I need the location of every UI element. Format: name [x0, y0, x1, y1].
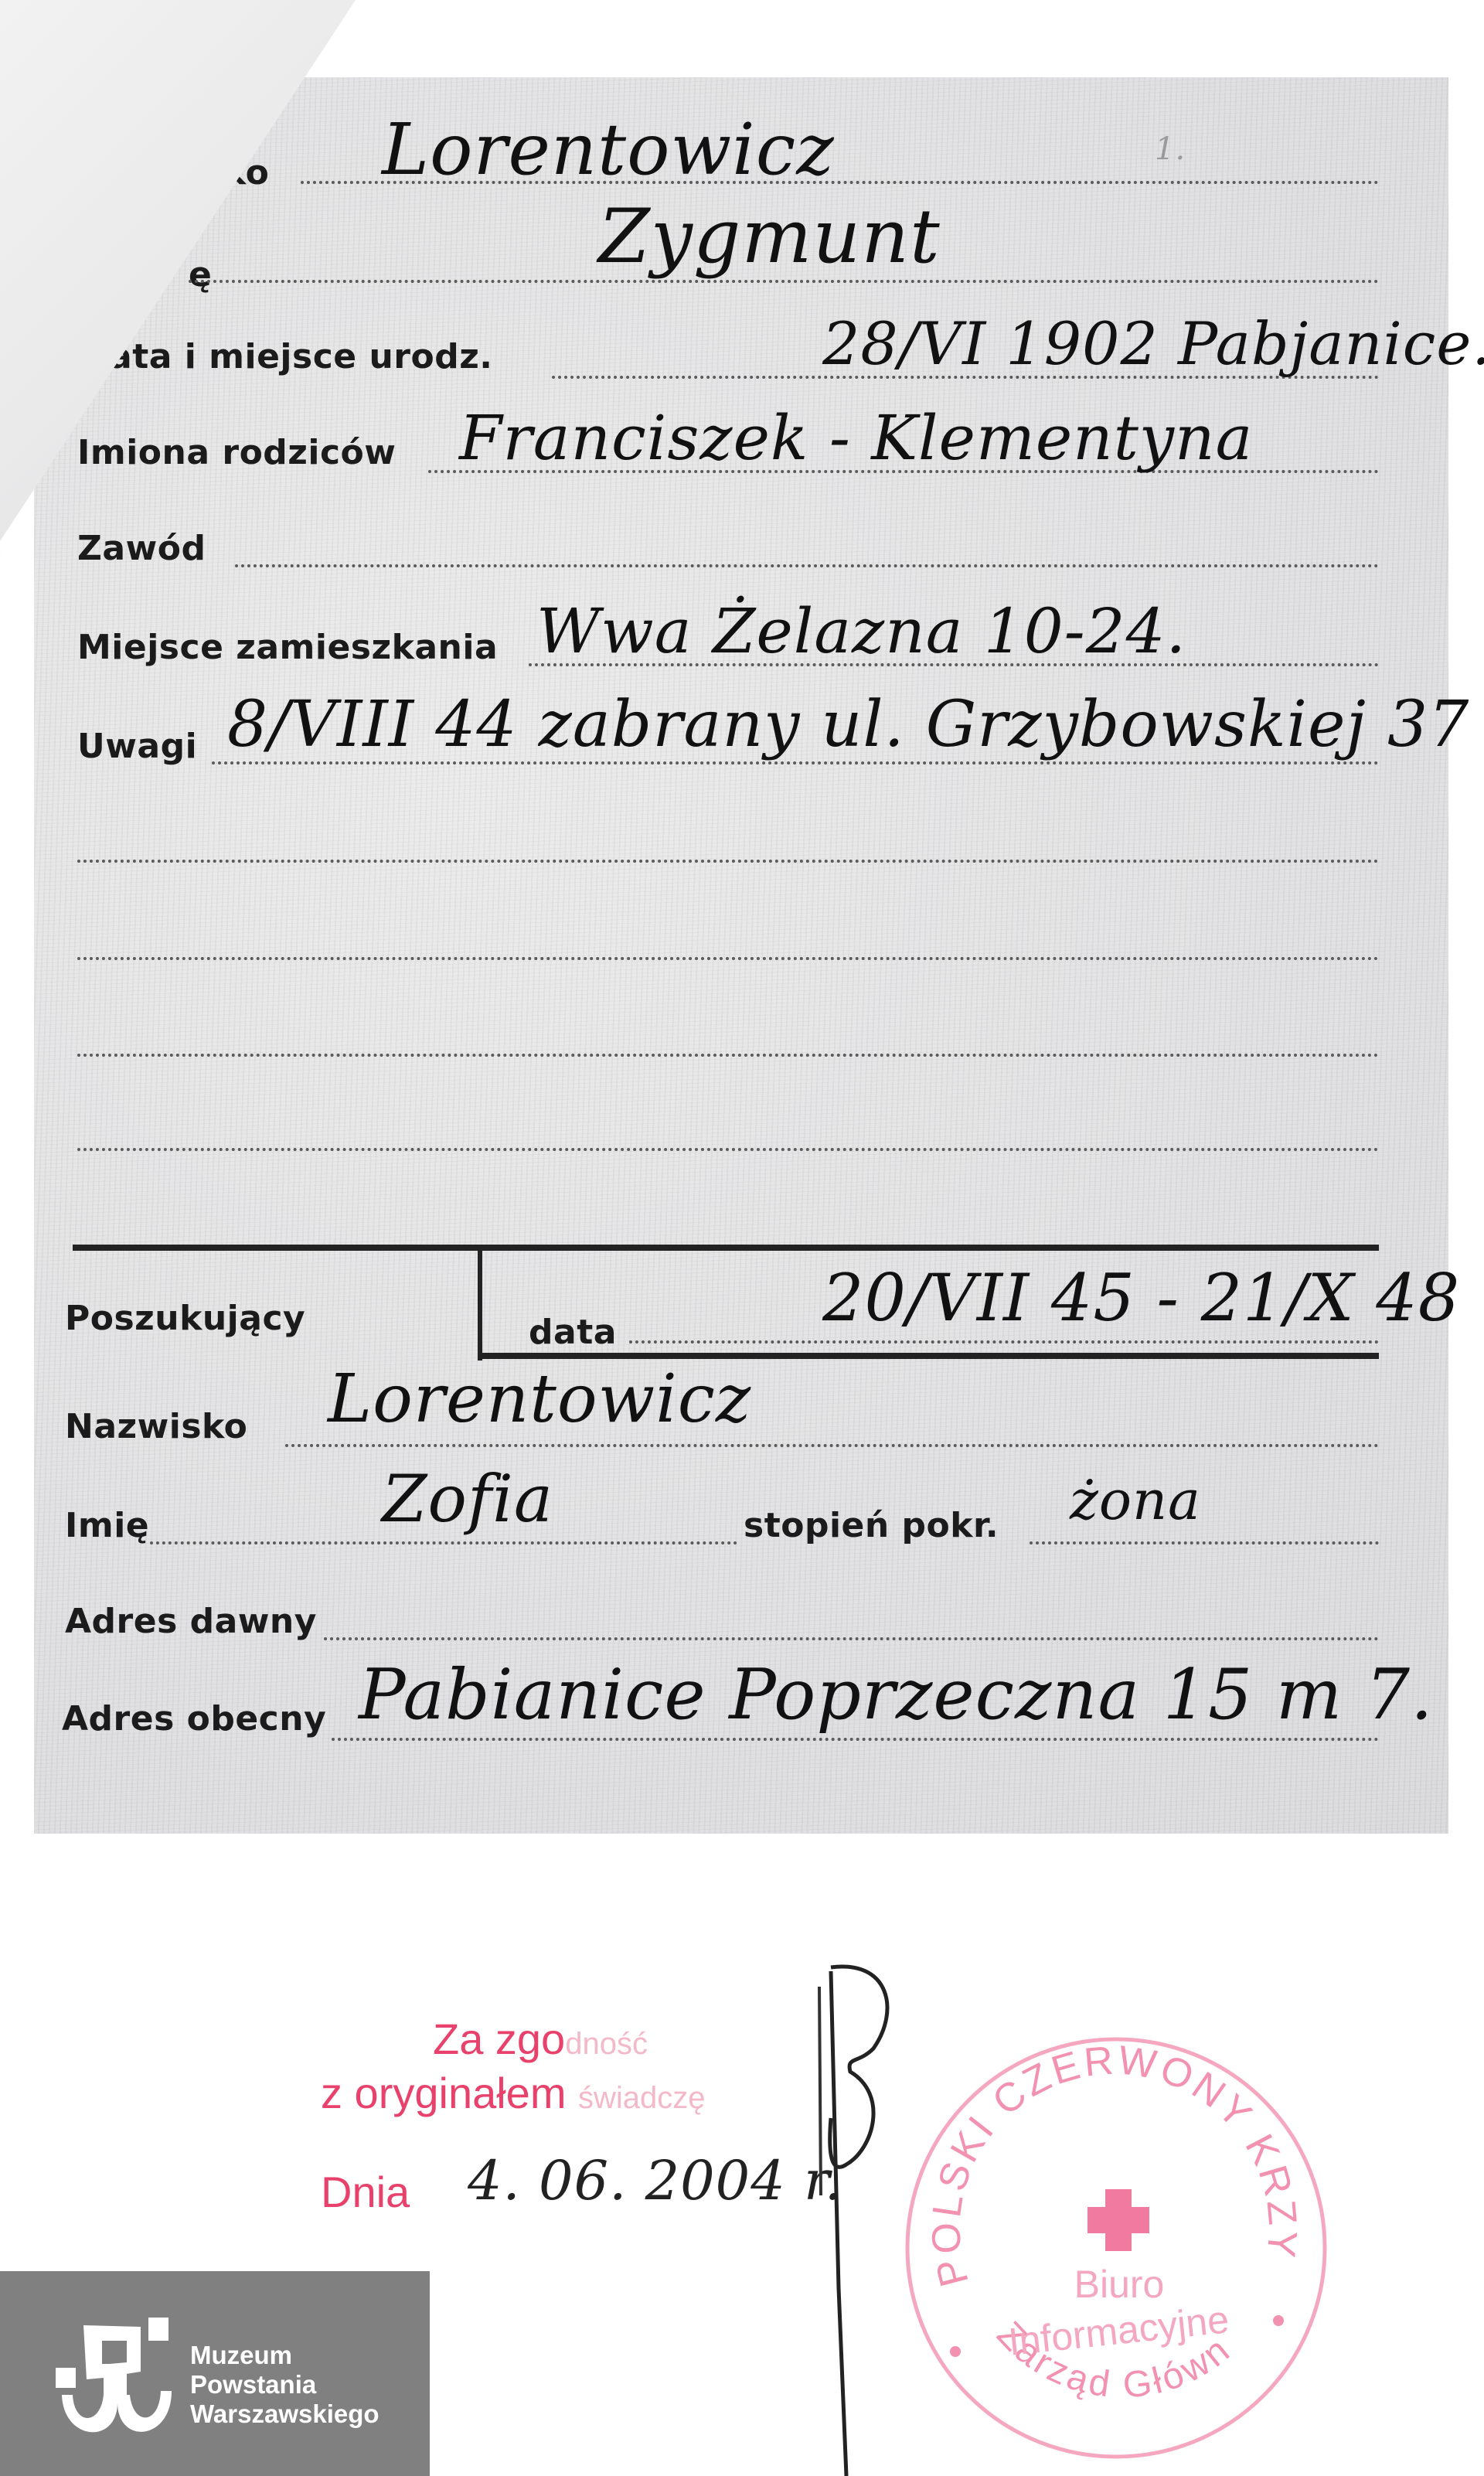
certification-date-value: 4. 06. 2004 r. — [468, 2149, 842, 2212]
birth-value: 28/VI 1902 Pabjanice. — [822, 309, 1484, 378]
red-cross-icon — [1087, 2189, 1149, 2251]
museum-name: Muzeum Powstania Warszawskiego — [190, 2341, 380, 2429]
residence-value: Wwa Żelazna 10-24. — [536, 595, 1186, 667]
section-divider — [73, 1245, 1379, 1251]
former-address-line — [324, 1637, 1379, 1640]
certification-date-label: Dnia — [321, 2171, 410, 2214]
current-address-label: Adres obecny — [62, 1699, 326, 1739]
searcher-section-label: Poszukujący — [65, 1299, 305, 1338]
date-box-bottom-border — [478, 1353, 1379, 1359]
blank-line-1 — [77, 860, 1379, 863]
round-stamp-outer-text: POLSKI CZERWONY KRZYŻ — [895, 2027, 1305, 2291]
searcher-surname-value: Lorentowicz — [328, 1361, 751, 1438]
museum-watermark: Muzeum Powstania Warszawskiego — [0, 2271, 430, 2476]
residence-label: Miejsce zamieszkania — [77, 628, 498, 667]
kotwica-anchor-icon — [56, 2318, 179, 2441]
blank-line-3 — [77, 1054, 1379, 1057]
round-stamp-center-line-1: Biuro — [1074, 2263, 1165, 2306]
notes-value: 8/VIII 44 zabrany ul. Grzybowskiej 37 — [227, 688, 1469, 761]
former-address-label: Adres dawny — [65, 1602, 317, 1641]
current-address-line — [332, 1738, 1379, 1741]
certification-line-2: z oryginałem świadczę — [321, 2072, 706, 2115]
blank-line-2 — [77, 957, 1379, 960]
margin-mark: 1. — [1155, 131, 1186, 167]
certification-line-1: Za zgodność — [433, 2018, 648, 2061]
date-line — [629, 1340, 1379, 1344]
first-name-line — [189, 280, 1379, 283]
searcher-first-name-value: Zofia — [382, 1461, 553, 1537]
surname-value: Lorentowicz — [382, 108, 835, 191]
svg-text:POLSKI CZERWONY KRZYŻ: POLSKI CZERWONY KRZYŻ — [895, 2027, 1305, 2291]
searcher-surname-label: Nazwisko — [65, 1407, 247, 1446]
notes-label: Uwagi — [77, 727, 197, 766]
first-name-value: Zygmunt — [598, 193, 941, 280]
relation-value: żona — [1070, 1469, 1201, 1532]
date-value: 20/VII 45 - 21/X 48 — [822, 1260, 1460, 1336]
searcher-first-name-label: Imię — [65, 1506, 149, 1545]
date-label: data — [529, 1313, 617, 1352]
occupation-line — [235, 564, 1379, 567]
current-address-value: Pabianice Poprzeczna 15 m 7. — [359, 1654, 1434, 1735]
searcher-surname-line — [285, 1444, 1379, 1447]
relation-label: stopień pokr. — [744, 1506, 999, 1545]
birth-label: Data i miejsce urodz. — [80, 337, 493, 376]
red-cross-round-stamp: POLSKI CZERWONY KRZYŻ Zarząd Główny Biur… — [895, 2027, 1337, 2469]
blank-line-4 — [77, 1148, 1379, 1151]
occupation-label: Zawód — [77, 529, 206, 568]
notes-line — [212, 761, 1379, 765]
index-card: ko Lorentowicz 1. ę Zygmunt Data i miejs… — [34, 77, 1448, 1834]
relation-line — [1030, 1541, 1379, 1545]
date-box-left-border — [478, 1245, 482, 1361]
parents-value: Franciszek - Klementyna — [459, 402, 1253, 474]
searcher-first-name-line — [150, 1541, 737, 1545]
parents-label: Imiona rodziców — [77, 433, 396, 472]
